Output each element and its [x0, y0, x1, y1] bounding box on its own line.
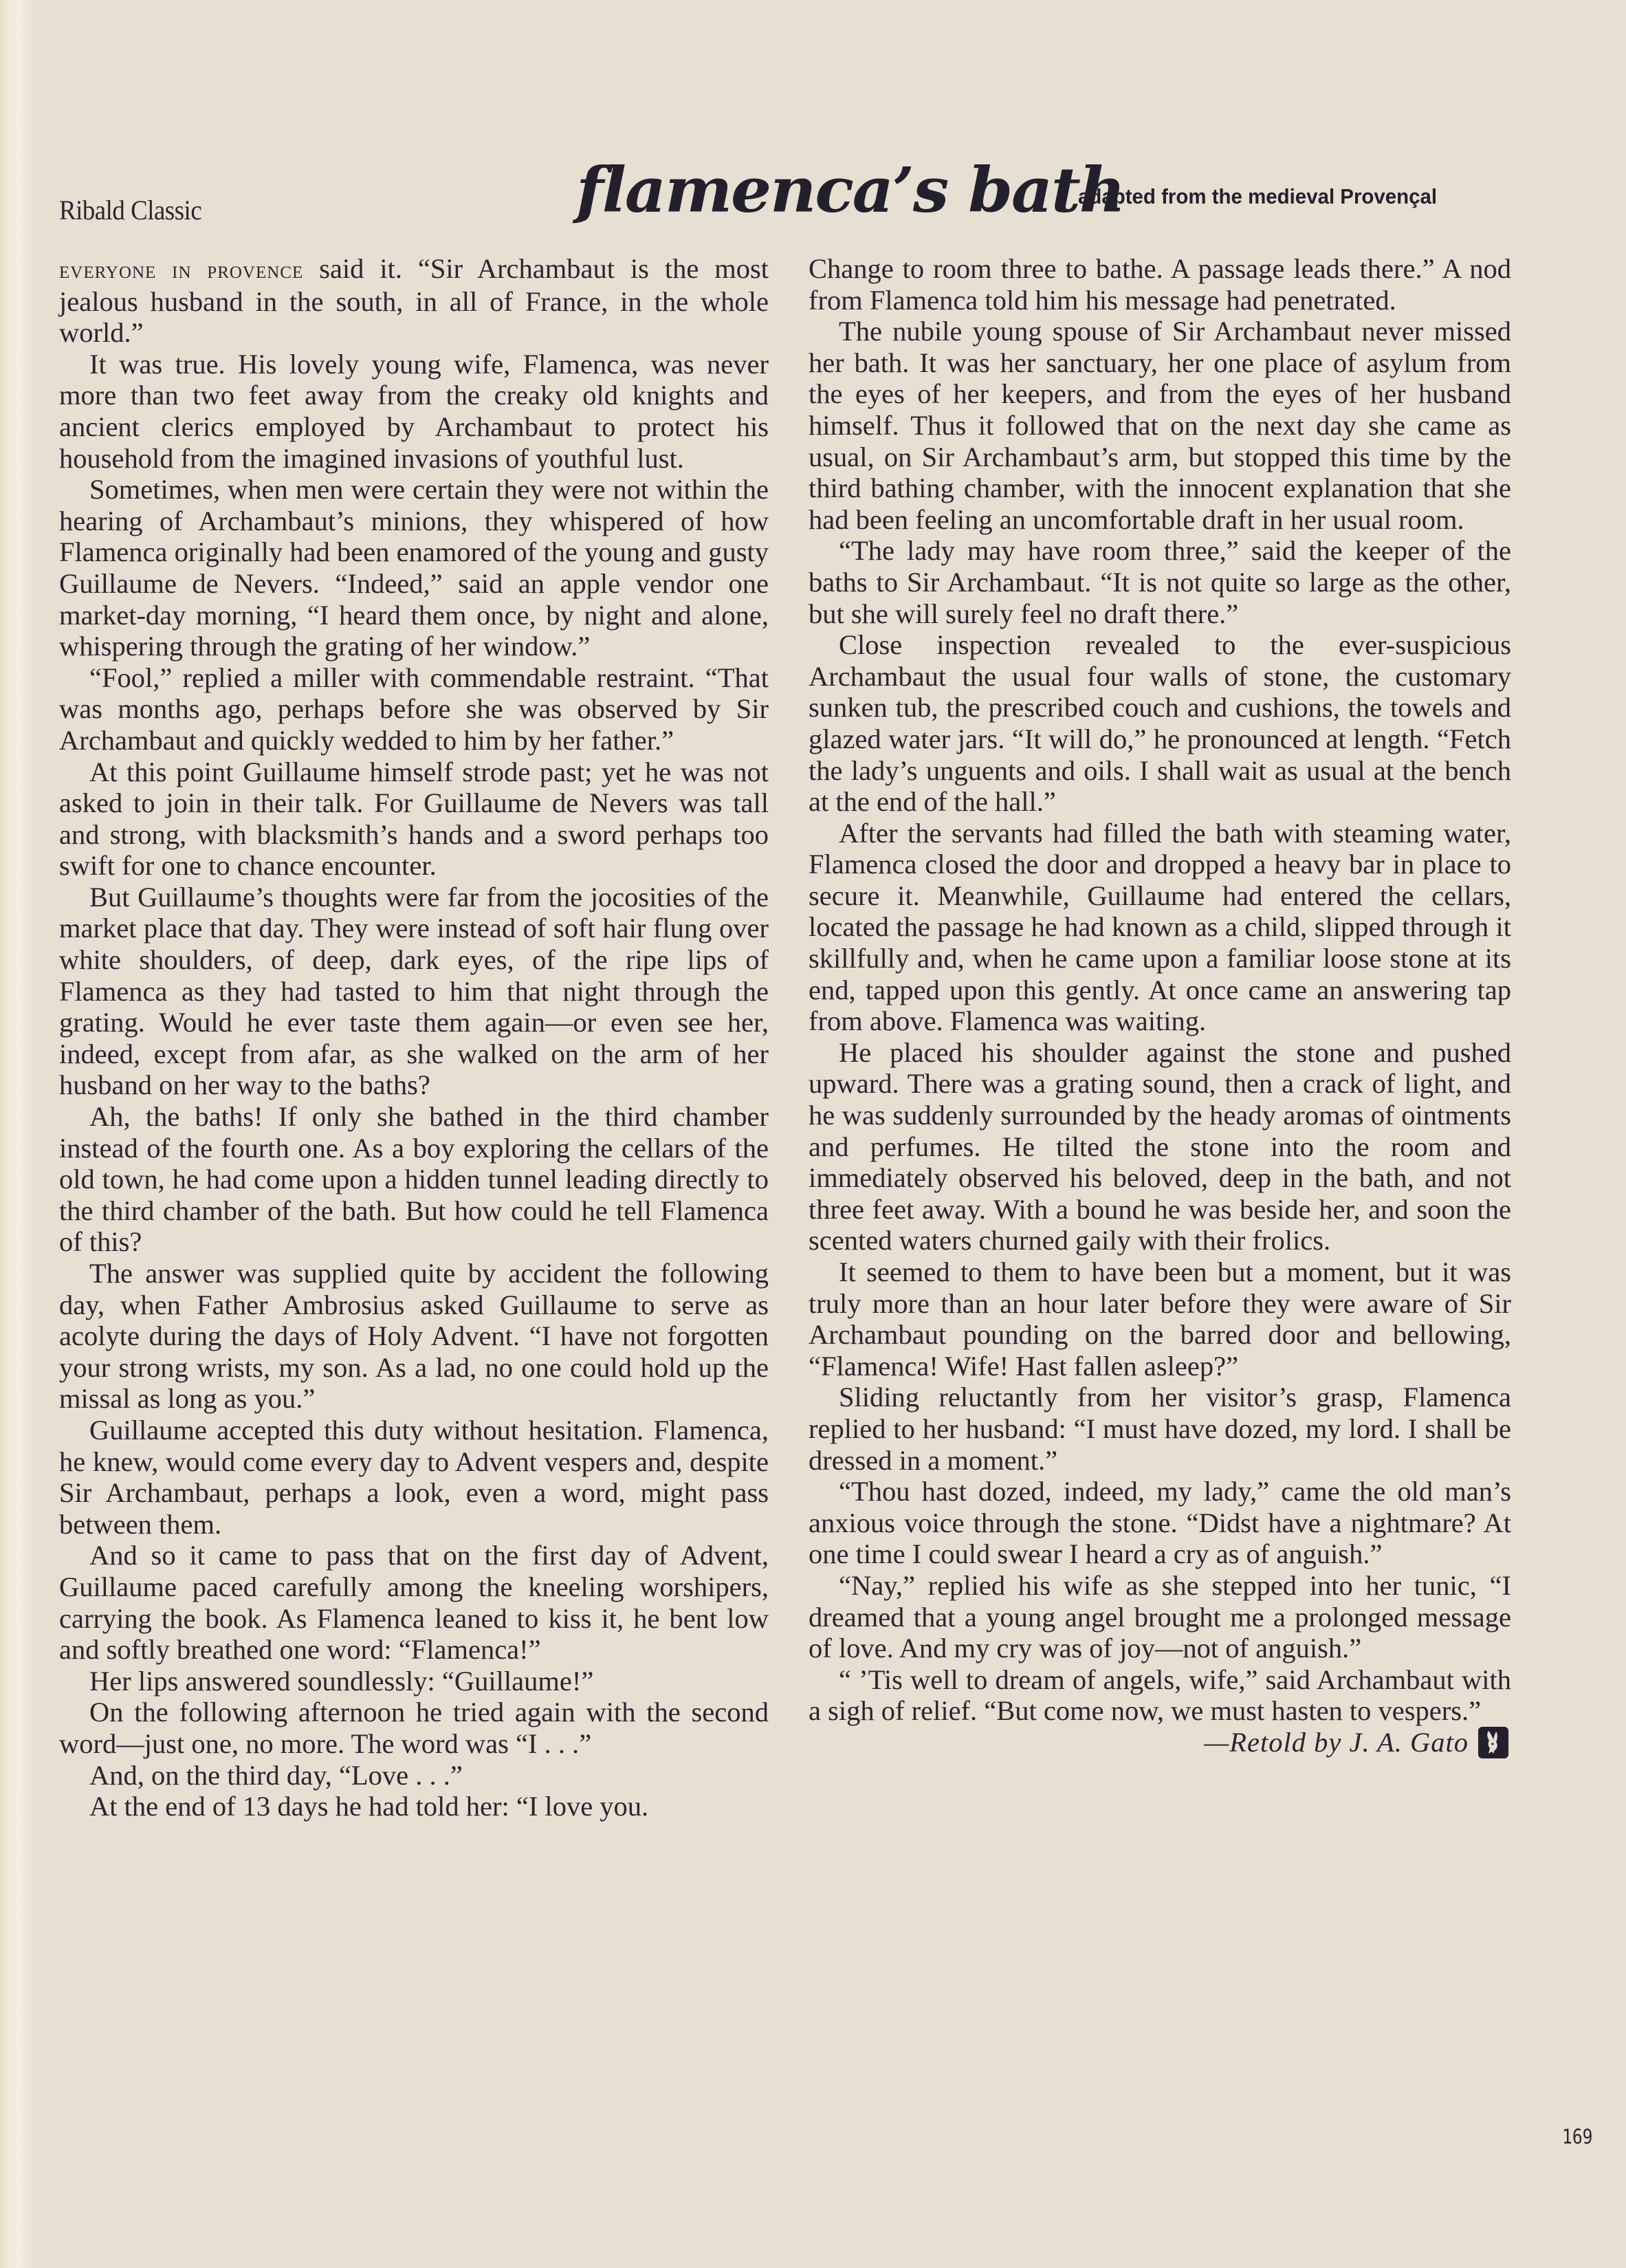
paragraph: On the following afternoon he tried agai…	[59, 1697, 769, 1759]
paragraph: At this point Guillaume himself strode p…	[59, 756, 769, 882]
paragraph: It was true. His lovely young wife, Flam…	[59, 349, 769, 474]
paragraph: The answer was supplied quite by acciden…	[59, 1258, 769, 1415]
article-column-left: everyone in provence said it. “Sir Archa…	[59, 253, 769, 1822]
section-kicker: Ribald Classic	[59, 194, 201, 226]
paragraph: “ ’Tis well to dream of angels, wife,” s…	[809, 1664, 1511, 1727]
article-header: Ribald Classic flamenca’s bath adapted f…	[0, 0, 1626, 248]
byline: —Retold by J. A. Gato	[809, 1727, 1511, 1758]
paragraph: Close inspection revealed to the ever-su…	[809, 629, 1511, 818]
rabbit-head-icon	[1478, 1727, 1508, 1758]
paragraph: “The lady may have room three,” said the…	[809, 535, 1511, 629]
article-title: flamenca’s bath	[576, 160, 1124, 221]
paragraph: After the servants had filled the bath w…	[809, 818, 1511, 1037]
paragraph: But Guillaume’s thoughts were far from t…	[59, 882, 769, 1101]
paragraph: The nubile young spouse of Sir Archambau…	[809, 316, 1511, 535]
paragraph: Sliding reluctantly from her visitor’s g…	[809, 1382, 1511, 1476]
paragraph: At the end of 13 days he had told her: “…	[59, 1791, 769, 1822]
paragraph: And so it came to pass that on the first…	[59, 1540, 769, 1665]
paragraph: Change to room three to bathe. A passage…	[809, 253, 1511, 316]
paragraph: He placed his shoulder against the stone…	[809, 1037, 1511, 1256]
paragraph: “Fool,” replied a miller with commendabl…	[59, 662, 769, 756]
byline-text: —Retold by J. A. Gato	[1174, 1727, 1469, 1758]
article-column-right: Change to room three to bathe. A passage…	[809, 253, 1511, 1758]
paragraph: And, on the third day, “Love . . .”	[59, 1760, 769, 1791]
lead-in: everyone in provence	[59, 256, 303, 283]
paragraph: “Nay,” replied his wife as she stepped i…	[809, 1570, 1511, 1664]
paragraph: everyone in provence said it. “Sir Archa…	[59, 253, 769, 349]
paragraph: It seemed to them to have been but a mom…	[809, 1256, 1511, 1382]
paragraph: Sometimes, when men were certain they we…	[59, 474, 769, 662]
paragraph: Ah, the baths! If only she bathed in the…	[59, 1101, 769, 1258]
article-subtitle: adapted from the medieval Provençal	[1078, 184, 1437, 209]
page-number: 169	[1562, 2125, 1593, 2148]
paragraph: “Thou hast dozed, indeed, my lady,” came…	[809, 1476, 1511, 1570]
paragraph: Her lips answered soundlessly: “Guillaum…	[59, 1666, 769, 1697]
paragraph: Guillaume accepted this duty without hes…	[59, 1415, 769, 1540]
